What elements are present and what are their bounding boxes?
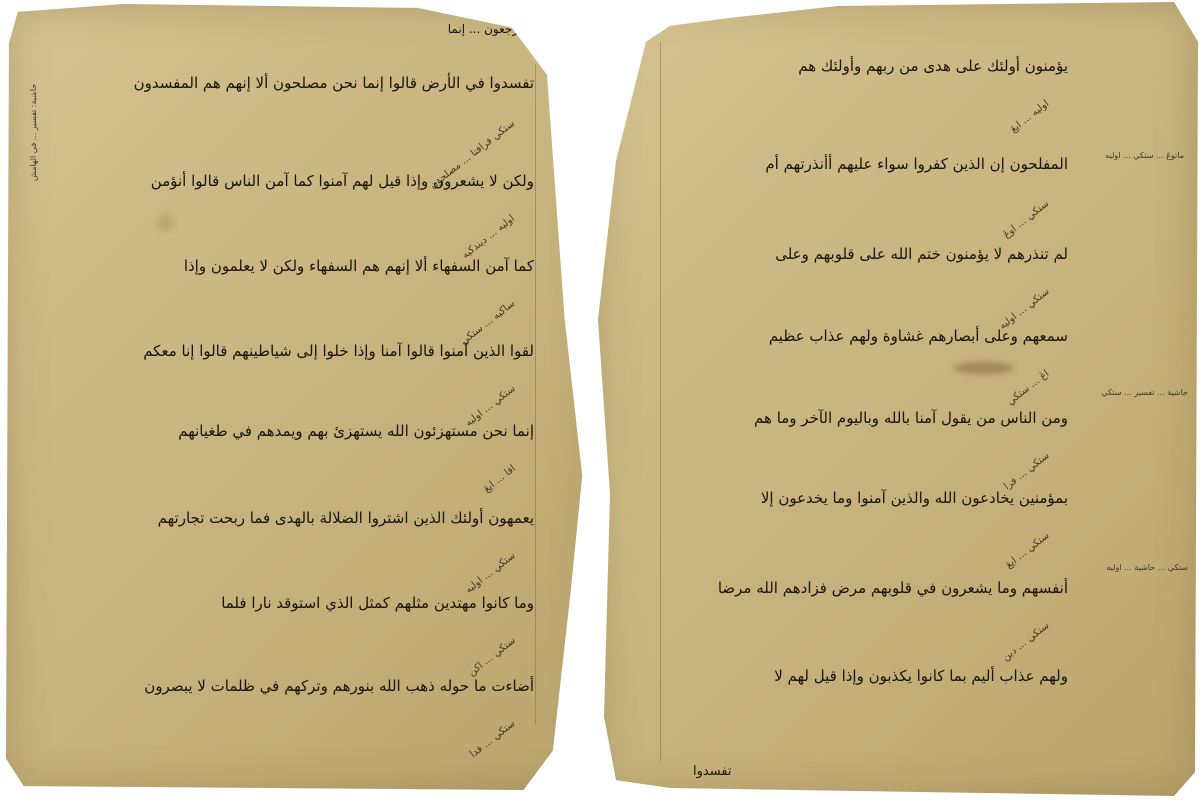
gloss-line: ستكي ... اوليه: [463, 550, 517, 596]
gloss-line: اوليه ... ايڠ: [1009, 98, 1052, 135]
main-line: إنما نحن مستهزئون الله يستهزئ بهم ويمدهم…: [178, 422, 534, 440]
main-line: كما آمن السفهاء ألا إنهم هم السفهاء ولكن…: [184, 257, 534, 275]
main-line: المفلحون إن الذين كفروا سواء عليهم أأنذر…: [765, 155, 1068, 173]
main-line: أنفسهم وما يشعرون في قلوبهم مرض فزادهم ا…: [718, 579, 1068, 597]
ink-stain: [953, 362, 1013, 374]
gloss-line: ستكي ... اوڠ: [1001, 198, 1051, 240]
main-line: ومن الناس من يقول آمنا بالله وباليوم الآ…: [754, 409, 1068, 427]
gloss-line: افا ... ايڠ: [481, 463, 517, 495]
gloss-line: اڠ ... ستكي: [1005, 368, 1051, 407]
main-line: بمؤمنين يخادعون الله والذين آمنوا وما يخ…: [761, 489, 1068, 507]
main-line: سمعهم وعلى أبصارهم غشاوة ولهم عذاب عظيم: [769, 327, 1068, 345]
gloss-line: ساكيه ... ستكي: [459, 298, 518, 347]
header-line: ... ولا يرجعون ... إنما: [448, 22, 554, 36]
stain: [156, 214, 174, 232]
main-line: تفسدوا في الأرض قالوا إنما نحن مصلحون أل…: [134, 74, 534, 92]
gloss-line: ستكي ... فرا: [1002, 450, 1052, 492]
gloss-line: ستكي ... اوليه: [997, 286, 1051, 332]
main-line: يؤمنون أولئك على هدى من ربهم وأولئك هم: [798, 57, 1068, 75]
gloss-line: ستكي ... دين: [1000, 620, 1051, 663]
main-line: ولهم عذاب أليم بما كانوا يكذبون وإذا قيل…: [774, 667, 1068, 685]
margin-note: ستكي ... حاشية ... اوليه: [1068, 562, 1188, 573]
left-page-text: ... ولا يرجعون ... إنما تفسدوا في الأرض …: [34, 22, 554, 782]
main-line: لم تنذرهم لا يؤمنون ختم الله على قلوبهم …: [775, 245, 1068, 263]
margin-note: ماتوڠ ... ستكي ... اوليه: [1074, 150, 1184, 161]
left-page: ... ولا يرجعون ... إنما تفسدوا في الأرض …: [6, 4, 594, 790]
right-page: يؤمنون أولئك على هدى من ربهم وأولئك هم ا…: [598, 2, 1198, 796]
gloss-line: ستكي ... اكن: [466, 635, 517, 678]
catchword: تفسدوا: [693, 764, 732, 779]
margin-note: حاشية: تفسير ... في الهامش: [28, 84, 88, 424]
margin-note: حاشية ... تفسير ... ستكي: [1068, 387, 1188, 398]
gloss-line: ستكي ... فدا: [468, 718, 517, 760]
gloss-line: اوليه ... ديندكيه: [461, 213, 518, 261]
gloss-line: ستكي ... ايڠ: [1004, 530, 1052, 571]
main-line: لقوا الذين آمنوا قالوا آمنا وإذا خلوا إل…: [143, 342, 534, 360]
main-line: يعمهون أولئك الذين اشتروا الضلالة بالهدى…: [158, 509, 534, 527]
main-line: وما كانوا مهتدين مثلهم كمثل الذي استوقد …: [221, 594, 534, 612]
main-line: أضاءت ما حوله ذهب الله بنورهم وتركهم في …: [144, 677, 534, 695]
main-line: ولكن لا يشعرون وإذا قيل لهم آمنوا كما آم…: [151, 172, 534, 190]
right-page-text: يؤمنون أولئك على هدى من ربهم وأولئك هم ا…: [648, 57, 1068, 757]
